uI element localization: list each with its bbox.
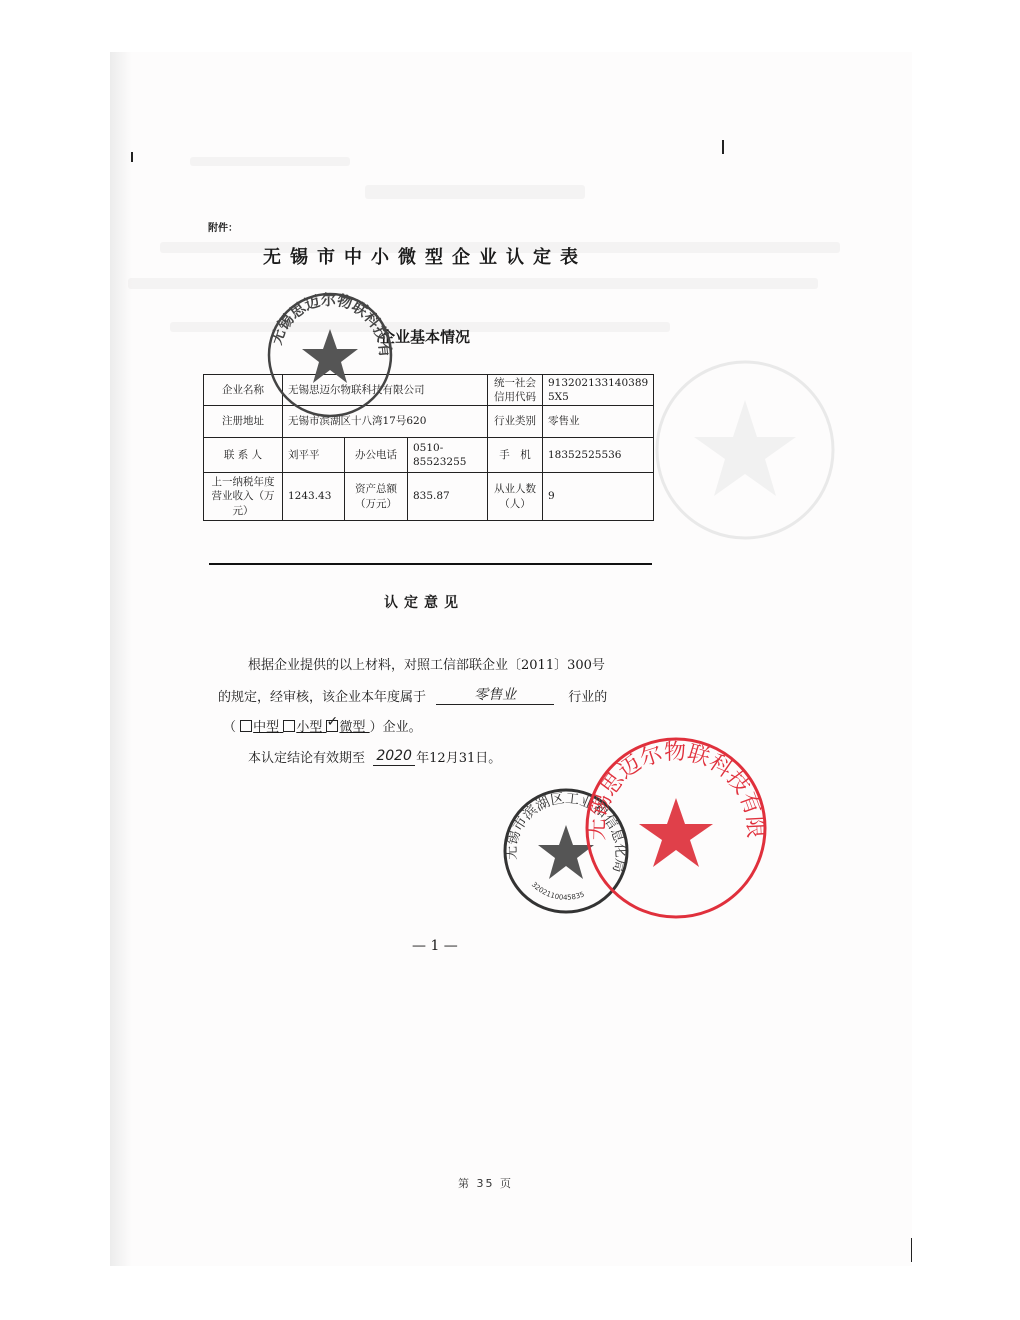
employee-count: 9 xyxy=(543,473,654,521)
opinion-line-2: 的规定，经审核，该企业本年度属于 零售业 行业的 xyxy=(218,686,607,705)
industry-handwritten: 零售业 xyxy=(436,686,554,705)
office-phone: 0510-85523255 xyxy=(408,438,488,473)
option-label-micro: 微型 xyxy=(339,720,365,735)
total-assets: 835.87 xyxy=(408,473,488,521)
contact-person: 刘平平 xyxy=(283,438,345,473)
document-title: 无锡市中小微型企业认定表 xyxy=(263,243,587,269)
registered-address: 无锡市滨湖区十八湾17号620 xyxy=(283,406,488,438)
table-row: 上一纳税年度营业收入（万元） 1243.43 资产总额（万元） 835.87 从… xyxy=(204,473,654,521)
bleed-through-text xyxy=(365,185,585,199)
label-cell: 从业人数（人） xyxy=(488,473,543,521)
option-label-medium: 中型 xyxy=(253,720,279,735)
annex-label: 附件： xyxy=(208,219,238,234)
table-row: 企业名称 无锡思迈尔物联科技有限公司 统一社会信用代码 913202133140… xyxy=(204,375,654,406)
annual-revenue: 1243.43 xyxy=(283,473,345,521)
label-cell: 统一社会信用代码 xyxy=(488,375,543,406)
label-cell: 手 机 xyxy=(488,438,543,473)
checkbox-small xyxy=(283,720,295,732)
bleed-through-text xyxy=(190,157,350,166)
label-cell: 行业类别 xyxy=(488,406,543,438)
label-cell: 上一纳税年度营业收入（万元） xyxy=(204,473,283,521)
label-cell: 注册地址 xyxy=(204,406,283,438)
label-cell: 联 系 人 xyxy=(204,438,283,473)
page-number: — 1 — xyxy=(412,938,458,954)
table-row: 注册地址 无锡市滨湖区十八湾17号620 行业类别 零售业 xyxy=(204,406,654,438)
divider xyxy=(209,563,652,565)
label-cell: 办公电话 xyxy=(345,438,408,473)
option-label-small: 小型 xyxy=(296,720,322,735)
enterprise-size-options: 中型 小型 微型 xyxy=(240,720,369,735)
credit-code: 913202133140389​5X5 xyxy=(543,375,654,406)
checkbox-medium xyxy=(240,720,252,732)
opinion-line-3: （ 中型 小型 微型 ）企业。 xyxy=(223,716,422,735)
label-cell: 企业名称 xyxy=(204,375,283,406)
enterprise-info-table: 企业名称 无锡思迈尔物联科技有限公司 统一社会信用代码 913202133140… xyxy=(203,374,654,521)
validity-prefix: 本认定结论有效期至 xyxy=(248,751,365,766)
validity-year-handwritten: 2020 xyxy=(373,747,415,766)
close-paren: ）企业。 xyxy=(370,720,422,735)
open-paren: （ xyxy=(223,720,236,735)
mobile-phone: 18352525536 xyxy=(543,438,654,473)
validity-suffix: 年12月31日。 xyxy=(416,751,501,766)
scan-mark xyxy=(722,140,724,154)
opinion-text: 行业的 xyxy=(568,690,607,705)
label-cell: 资产总额（万元） xyxy=(345,473,408,521)
industry-category: 零售业 xyxy=(543,406,654,438)
checkbox-micro xyxy=(326,720,338,732)
bleed-through-text xyxy=(128,278,818,289)
scan-mark xyxy=(131,152,133,162)
section-title: 企业基本情况 xyxy=(380,326,470,347)
validity-line: 本认定结论有效期至 2020年12月31日。 xyxy=(248,747,501,766)
company-name: 无锡思迈尔物联科技有限公司 xyxy=(283,375,488,406)
opinion-line-1: 根据企业提供的以上材料，对照工信部联企业〔2011〕300号 xyxy=(248,654,605,673)
table-row: 联 系 人 刘平平 办公电话 0510-85523255 手 机 1835252… xyxy=(204,438,654,473)
scan-mark xyxy=(911,1238,912,1262)
opinion-text: 的规定，经审核，该企业本年度属于 xyxy=(218,690,426,705)
page-footer: 第 35 页 xyxy=(458,1175,513,1191)
opinion-title: 认定意见 xyxy=(384,592,464,612)
